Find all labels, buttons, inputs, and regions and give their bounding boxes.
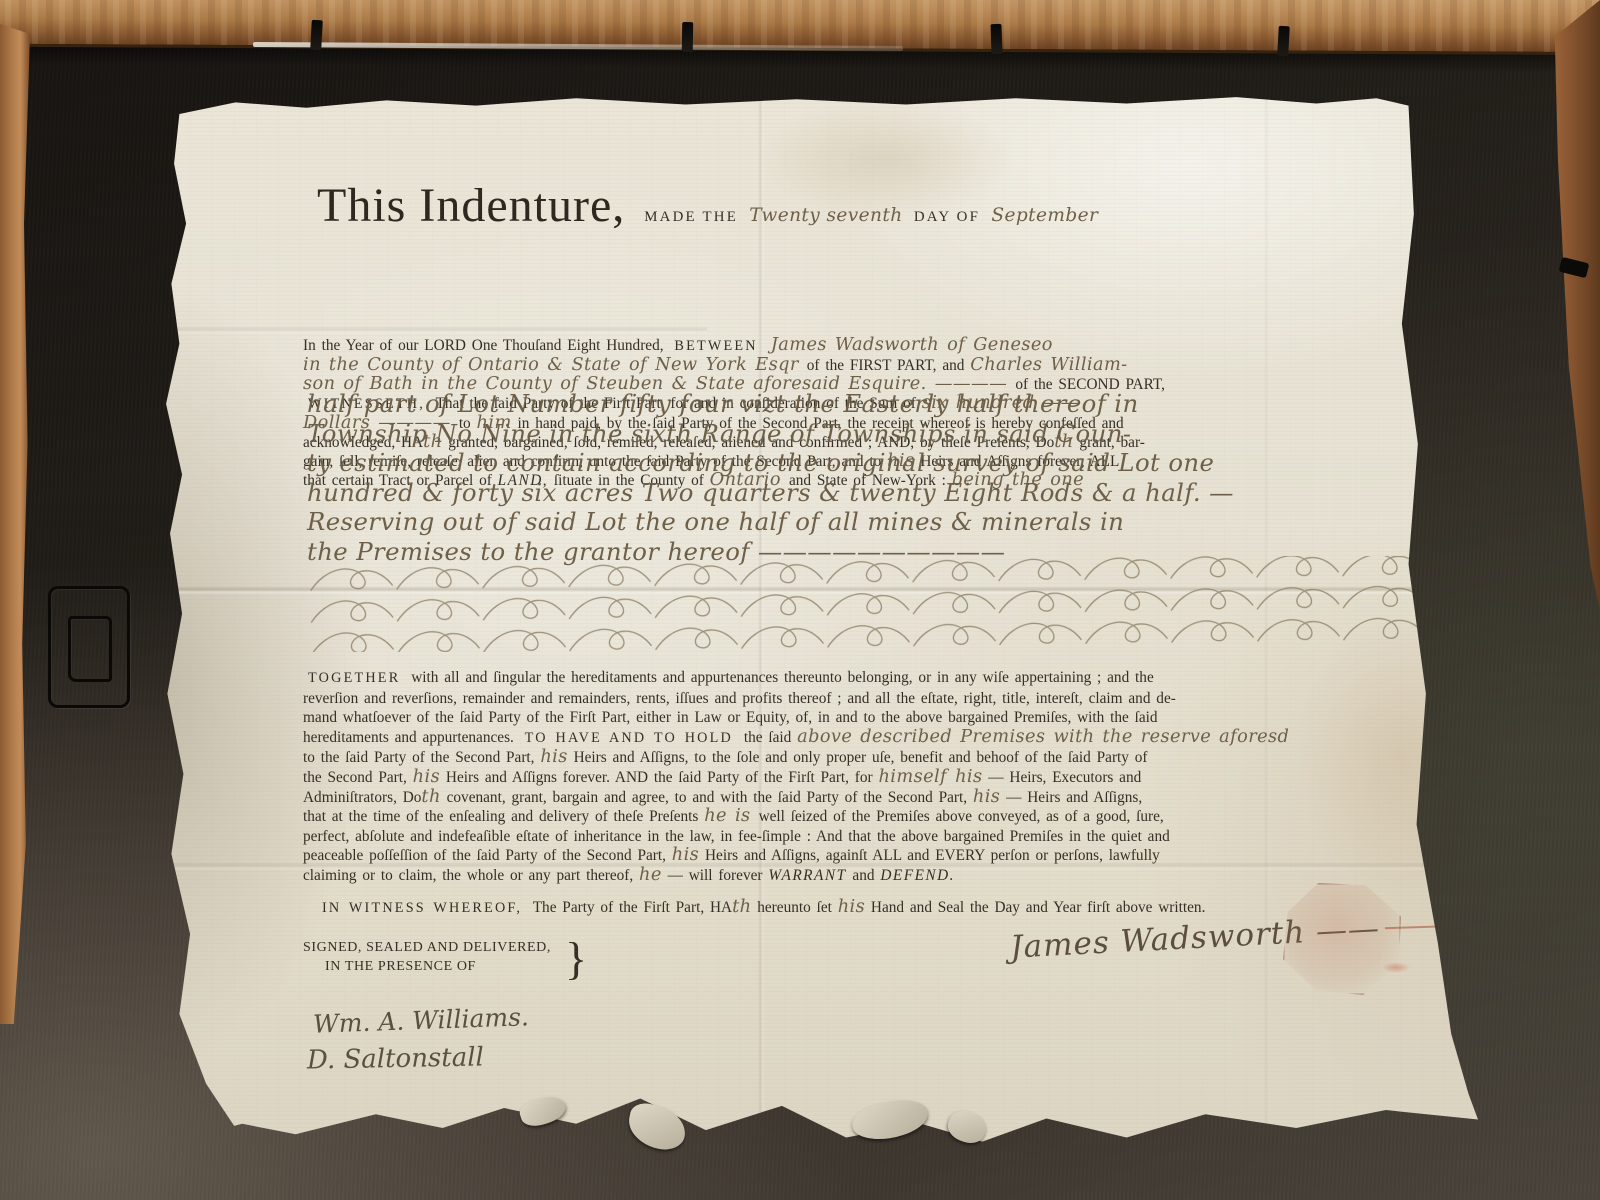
glazier-point-icon (1277, 26, 1290, 57)
witness-clause: IN WITNESS WHEREOF, The Party of the Fir… (317, 897, 1205, 917)
framed-indenture-photo: This Indenture,MADE THE Twenty seventh D… (0, 0, 1600, 1200)
land-description-handwriting: half part of Lot Number fifty four vizt … (307, 390, 1234, 567)
glazier-point-icon (990, 24, 1002, 54)
glazier-point-icon (310, 20, 323, 51)
attestation-line2: IN THE PRESENCE OF (325, 957, 551, 976)
attestation-brace: } (565, 932, 587, 985)
title-date-line: MADE THE Twenty seventh DAY OF September (639, 208, 1098, 225)
wax-seal-mark (1283, 883, 1401, 995)
document-heading: This Indenture,MADE THE Twenty seventh D… (317, 178, 1098, 233)
habendum-paragraph: TOGETHER with all and ſingular the hered… (303, 668, 1289, 886)
hanger-emboss (48, 586, 130, 708)
paper-crease (146, 326, 707, 335)
document-paper: This Indenture,MADE THE Twenty seventh D… (146, 94, 1482, 1148)
attestation-block: SIGNED, SEALED AND DELIVERED, IN THE PRE… (303, 938, 551, 976)
witness-signature-2: D. Saltonstall (307, 1042, 484, 1075)
document-title: This Indenture, (317, 179, 625, 232)
attestation-line1: SIGNED, SEALED AND DELIVERED, (303, 938, 551, 957)
pen-flourish-drawing (309, 556, 1549, 652)
hanger-emboss-inner (68, 616, 112, 682)
glazier-point-icon (682, 22, 694, 52)
witness-signature-1: Wm. A. Williams. (313, 1002, 530, 1039)
red-ink-mark (1382, 962, 1410, 973)
